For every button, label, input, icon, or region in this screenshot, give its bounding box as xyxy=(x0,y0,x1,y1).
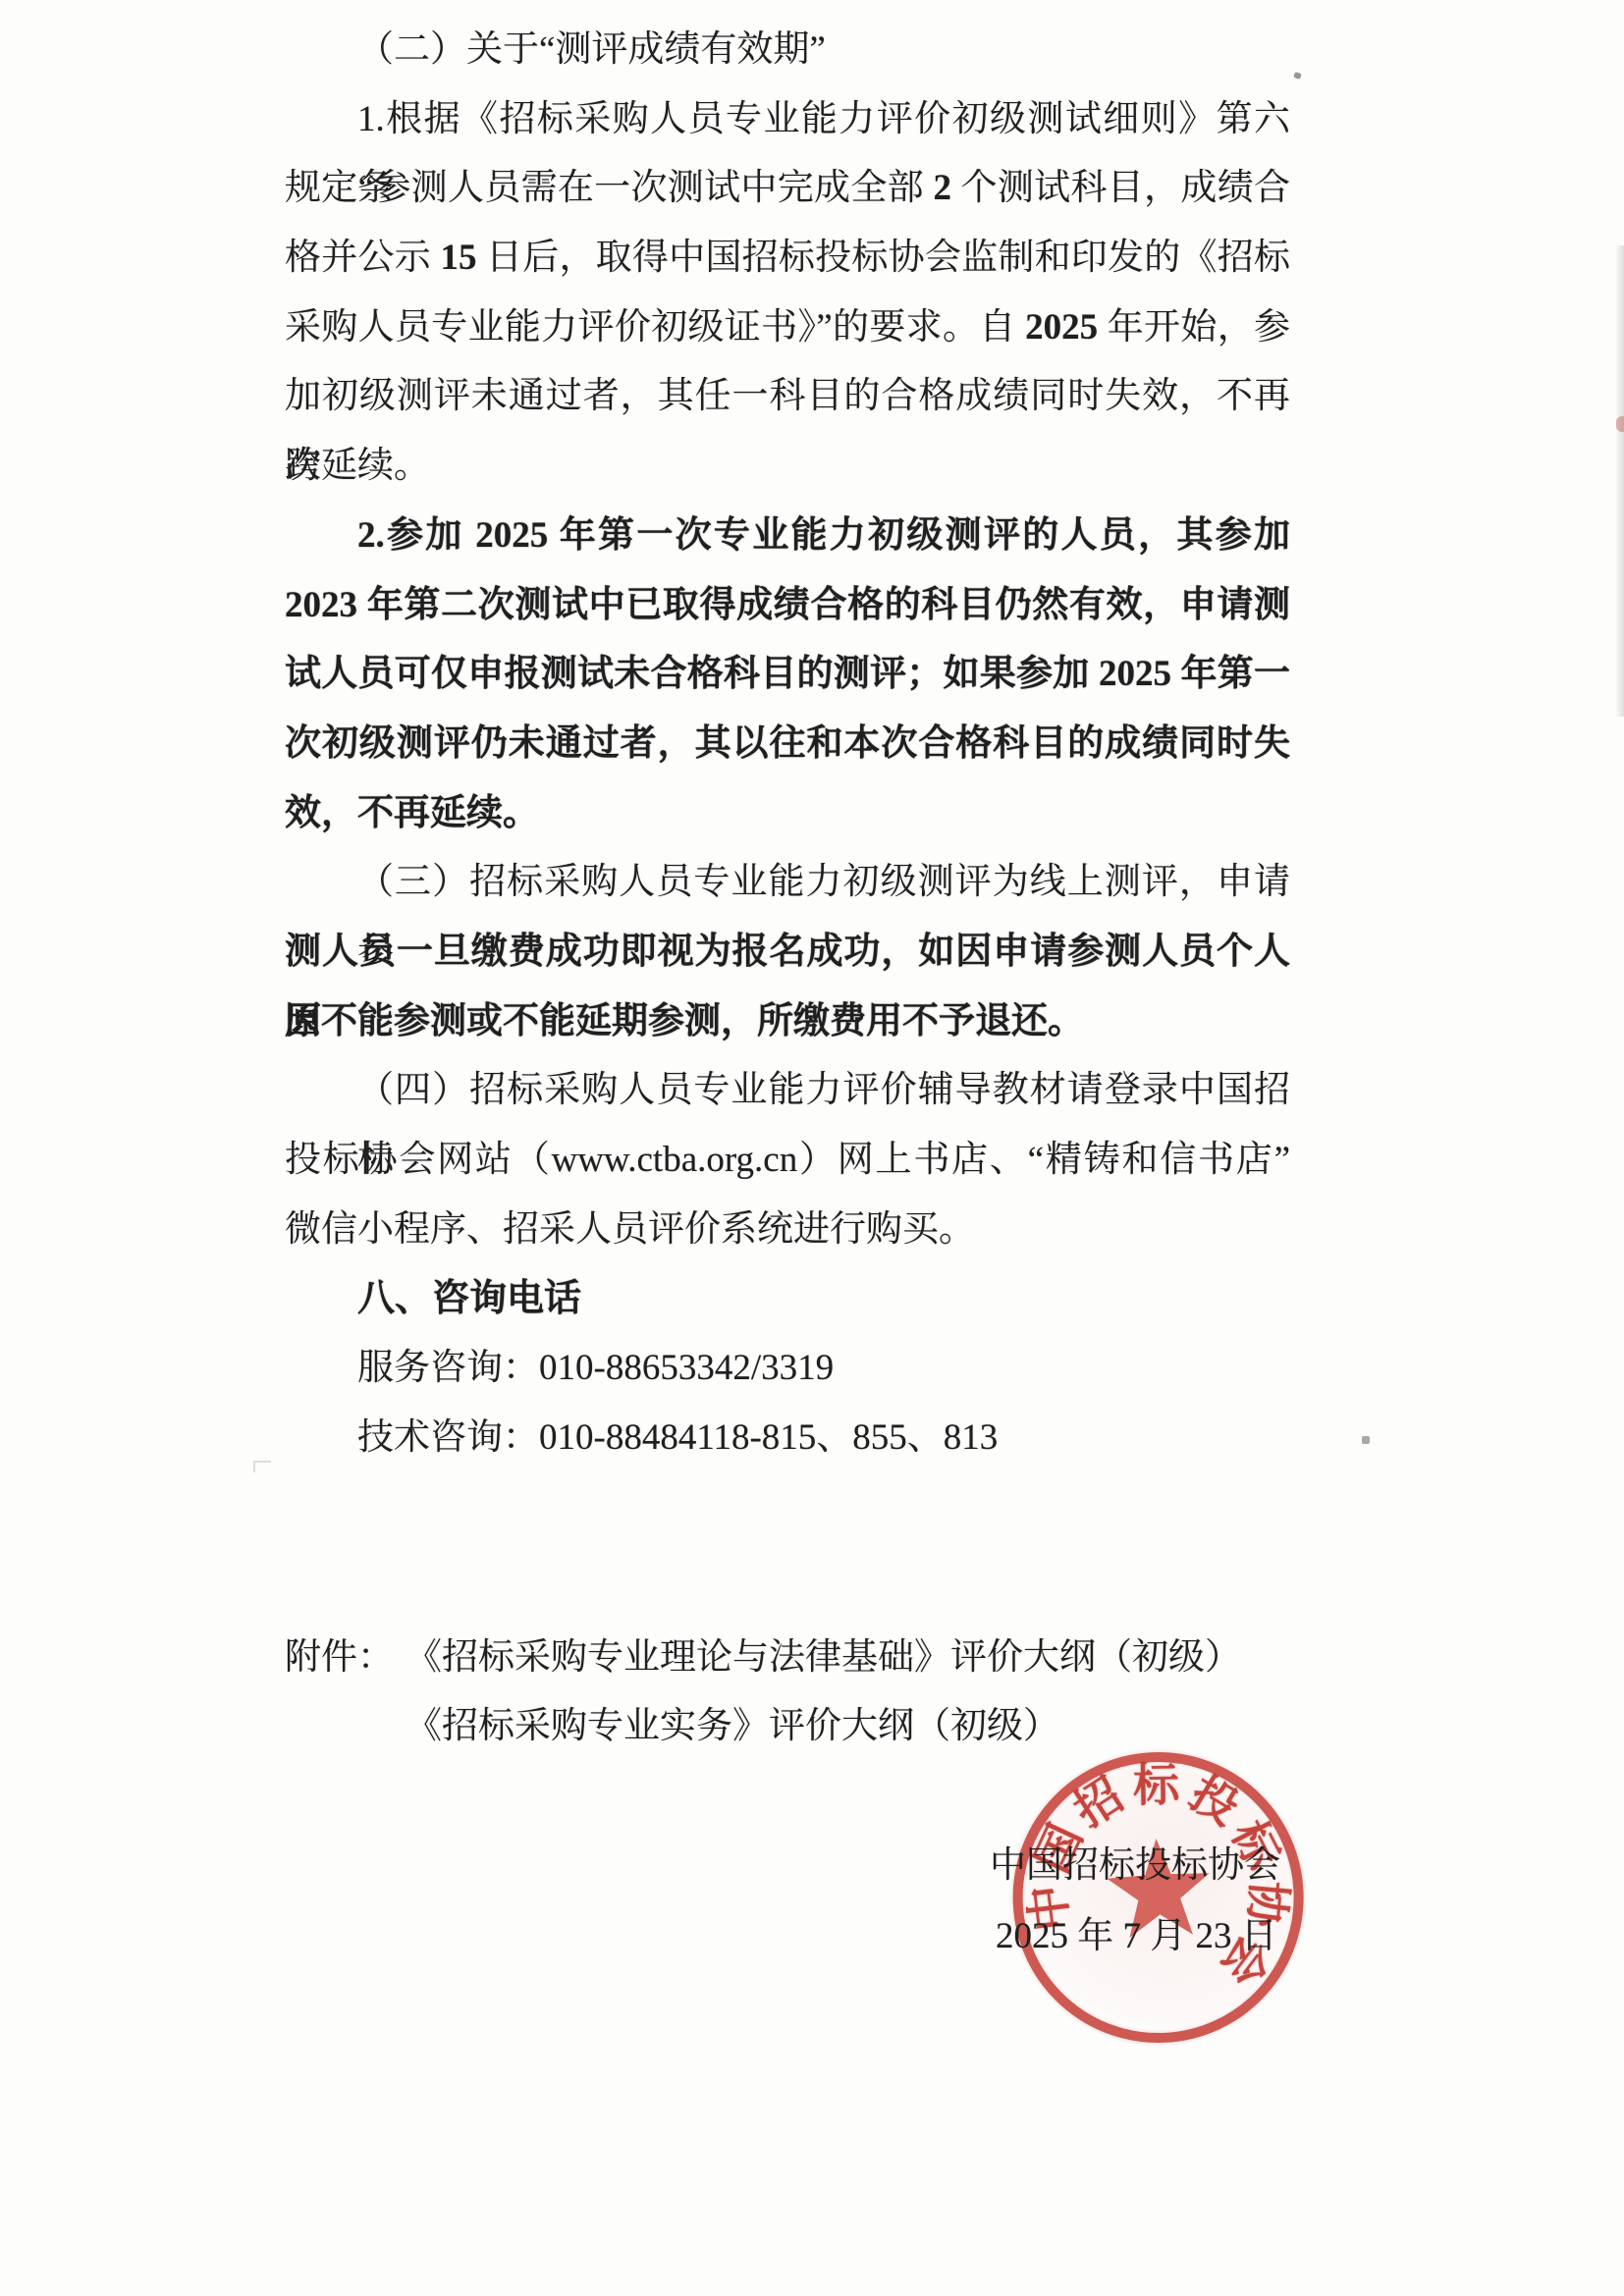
text-segment: 010-88653342/3319 xyxy=(539,1348,834,1388)
seal-arc-char: 标 xyxy=(1132,1748,1179,1815)
text-segment: ）网上书店、“精铸和信书店” xyxy=(797,1140,1290,1180)
text-segment: （二）关于“测评成绩有效期” xyxy=(357,29,826,70)
text-segment: 次延续。 xyxy=(285,446,430,486)
text-segment: 年第一次专业能力初级测评的人员，其参加 xyxy=(548,515,1290,556)
text-segment: 八、咨询电话 xyxy=(357,1278,581,1319)
text-segment: 因不能参测或不能延期参测，所缴费用不予退还。 xyxy=(285,1001,1084,1041)
scan-speck-artifact xyxy=(1293,72,1302,80)
bold-number: 2025 xyxy=(1099,654,1171,694)
doc-line: 试人员可仅申报测试未合格科目的测评；如果参加 2025 年第一 xyxy=(285,640,1290,710)
text-segment: 次初级测评仍未通过者，其以往和本次合格科目的成绩同时失 xyxy=(285,723,1290,764)
text-segment: www.ctba.org.cn xyxy=(551,1140,797,1180)
seal-arc-text: 中国招标投标协会 xyxy=(973,1719,1344,2090)
text-segment: 微信小程序、招采人员评价系统进行购买。 xyxy=(285,1209,975,1250)
scan-edge-mark xyxy=(1616,416,1624,432)
text-segment: 效，不再延续。 xyxy=(285,793,539,833)
scan-edge-shadow xyxy=(1615,245,1624,717)
text-segment: 日后，取得中国招标投标协会监制和印发的《招标 xyxy=(476,238,1290,278)
doc-line: 次延续。 xyxy=(285,432,1290,502)
text-segment: 试人员可仅申报测试未合格科目的测评；如果参加 xyxy=(285,654,1099,694)
text-segment: 年开始，参 xyxy=(1098,307,1290,347)
doc-line: 加初级测评未通过者，其任一科目的合格成绩同时失效，不再跨 xyxy=(285,362,1290,432)
doc-line: 技术咨询：010-88484118-815、855、813 xyxy=(285,1404,1290,1473)
text-segment: 010-88484118-815、855、813 xyxy=(539,1417,998,1458)
text-segment: 采购人员专业能力评价初级证书》”的要求。自 xyxy=(285,307,1025,347)
text-segment: 技术咨询： xyxy=(357,1417,539,1458)
attachment-row: 附件： 《招标采购专业理论与法律基础》评价大纲（初级） xyxy=(285,1624,1365,1692)
bold-number: 2025 xyxy=(475,515,548,556)
scan-speck-artifact xyxy=(253,1461,271,1472)
doc-line: 微信小程序、招采人员评价系统进行购买。 xyxy=(285,1196,1290,1265)
attachment-label: 附件： xyxy=(285,1624,394,1692)
doc-line: 1.根据《招标采购人员专业能力评价初级测试细则》第六条 xyxy=(285,85,1290,155)
signature-date: 2025 年 7 月 23 日 xyxy=(996,1912,1300,1961)
bold-number: 2023 xyxy=(285,585,357,625)
doc-line: 规定“参测人员需在一次测试中完成全部 2 个测试科目，成绩合 xyxy=(285,154,1290,224)
text-segment: 投标协会网站（ xyxy=(285,1140,551,1180)
text-segment: 个测试科目，成绩合 xyxy=(951,168,1290,208)
doc-line: 测人员一旦缴费成功即视为报名成功，如因申请参测人员个人原 xyxy=(285,918,1290,988)
doc-line: （二）关于“测评成绩有效期” xyxy=(285,16,1290,85)
text-segment: 年第一 xyxy=(1171,654,1290,694)
doc-line: 次初级测评仍未通过者，其以往和本次合格科目的成绩同时失 xyxy=(285,710,1290,779)
doc-line: 因不能参测或不能延期参测，所缴费用不予退还。 xyxy=(285,988,1290,1057)
attachment-title: 《招标采购专业实务》评价大纲（初级） xyxy=(406,1692,1059,1761)
doc-line: 八、咨询电话 xyxy=(285,1264,1290,1334)
doc-line: 采购人员专业能力评价初级证书》”的要求。自 2025 年开始，参 xyxy=(285,294,1290,363)
doc-line: 2.参加 2025 年第一次专业能力初级测评的人员，其参加 xyxy=(285,502,1290,571)
doc-line: （三）招标采购人员专业能力初级测评为线上测评，申请参 xyxy=(285,848,1290,918)
scanned-document-page: （二）关于“测评成绩有效期”1.根据《招标采购人员专业能力评价初级测试细则》第六… xyxy=(0,0,1624,2296)
text-segment: 服务咨询： xyxy=(357,1348,539,1388)
text-segment: 规定“参测人员需在一次测试中完成全部 xyxy=(285,168,934,208)
scan-speck-artifact xyxy=(1362,1436,1370,1444)
bold-number: 2 xyxy=(934,168,952,208)
bold-number: 2025 xyxy=(1025,307,1098,347)
doc-line: 投标协会网站（www.ctba.org.cn）网上书店、“精铸和信书店” xyxy=(285,1126,1290,1196)
text-segment: 2.参加 xyxy=(357,515,475,556)
text-segment: 年第二次测试中已取得成绩合格的科目仍然有效，申请测 xyxy=(357,585,1290,625)
official-seal: 中国招标投标协会 xyxy=(973,1719,1344,2090)
attachment-title: 《招标采购专业理论与法律基础》评价大纲（初级） xyxy=(406,1624,1241,1692)
doc-line: （四）招标采购人员专业能力评价辅导教材请登录中国招标 xyxy=(285,1056,1290,1126)
bold-number: 15 xyxy=(440,238,476,278)
doc-line: 格并公示 15 日后，取得中国招标投标协会监制和印发的《招标 xyxy=(285,224,1290,294)
text-segment: 格并公示 xyxy=(285,238,440,278)
document-body: （二）关于“测评成绩有效期”1.根据《招标采购人员专业能力评价初级测试细则》第六… xyxy=(285,16,1290,1472)
doc-line: 效，不再延续。 xyxy=(285,779,1290,849)
signature-organization: 中国招标投标协会 xyxy=(990,1842,1294,1891)
doc-line: 服务咨询：010-88653342/3319 xyxy=(285,1334,1290,1404)
doc-line: 2023 年第二次测试中已取得成绩合格的科目仍然有效，申请测 xyxy=(285,571,1290,641)
